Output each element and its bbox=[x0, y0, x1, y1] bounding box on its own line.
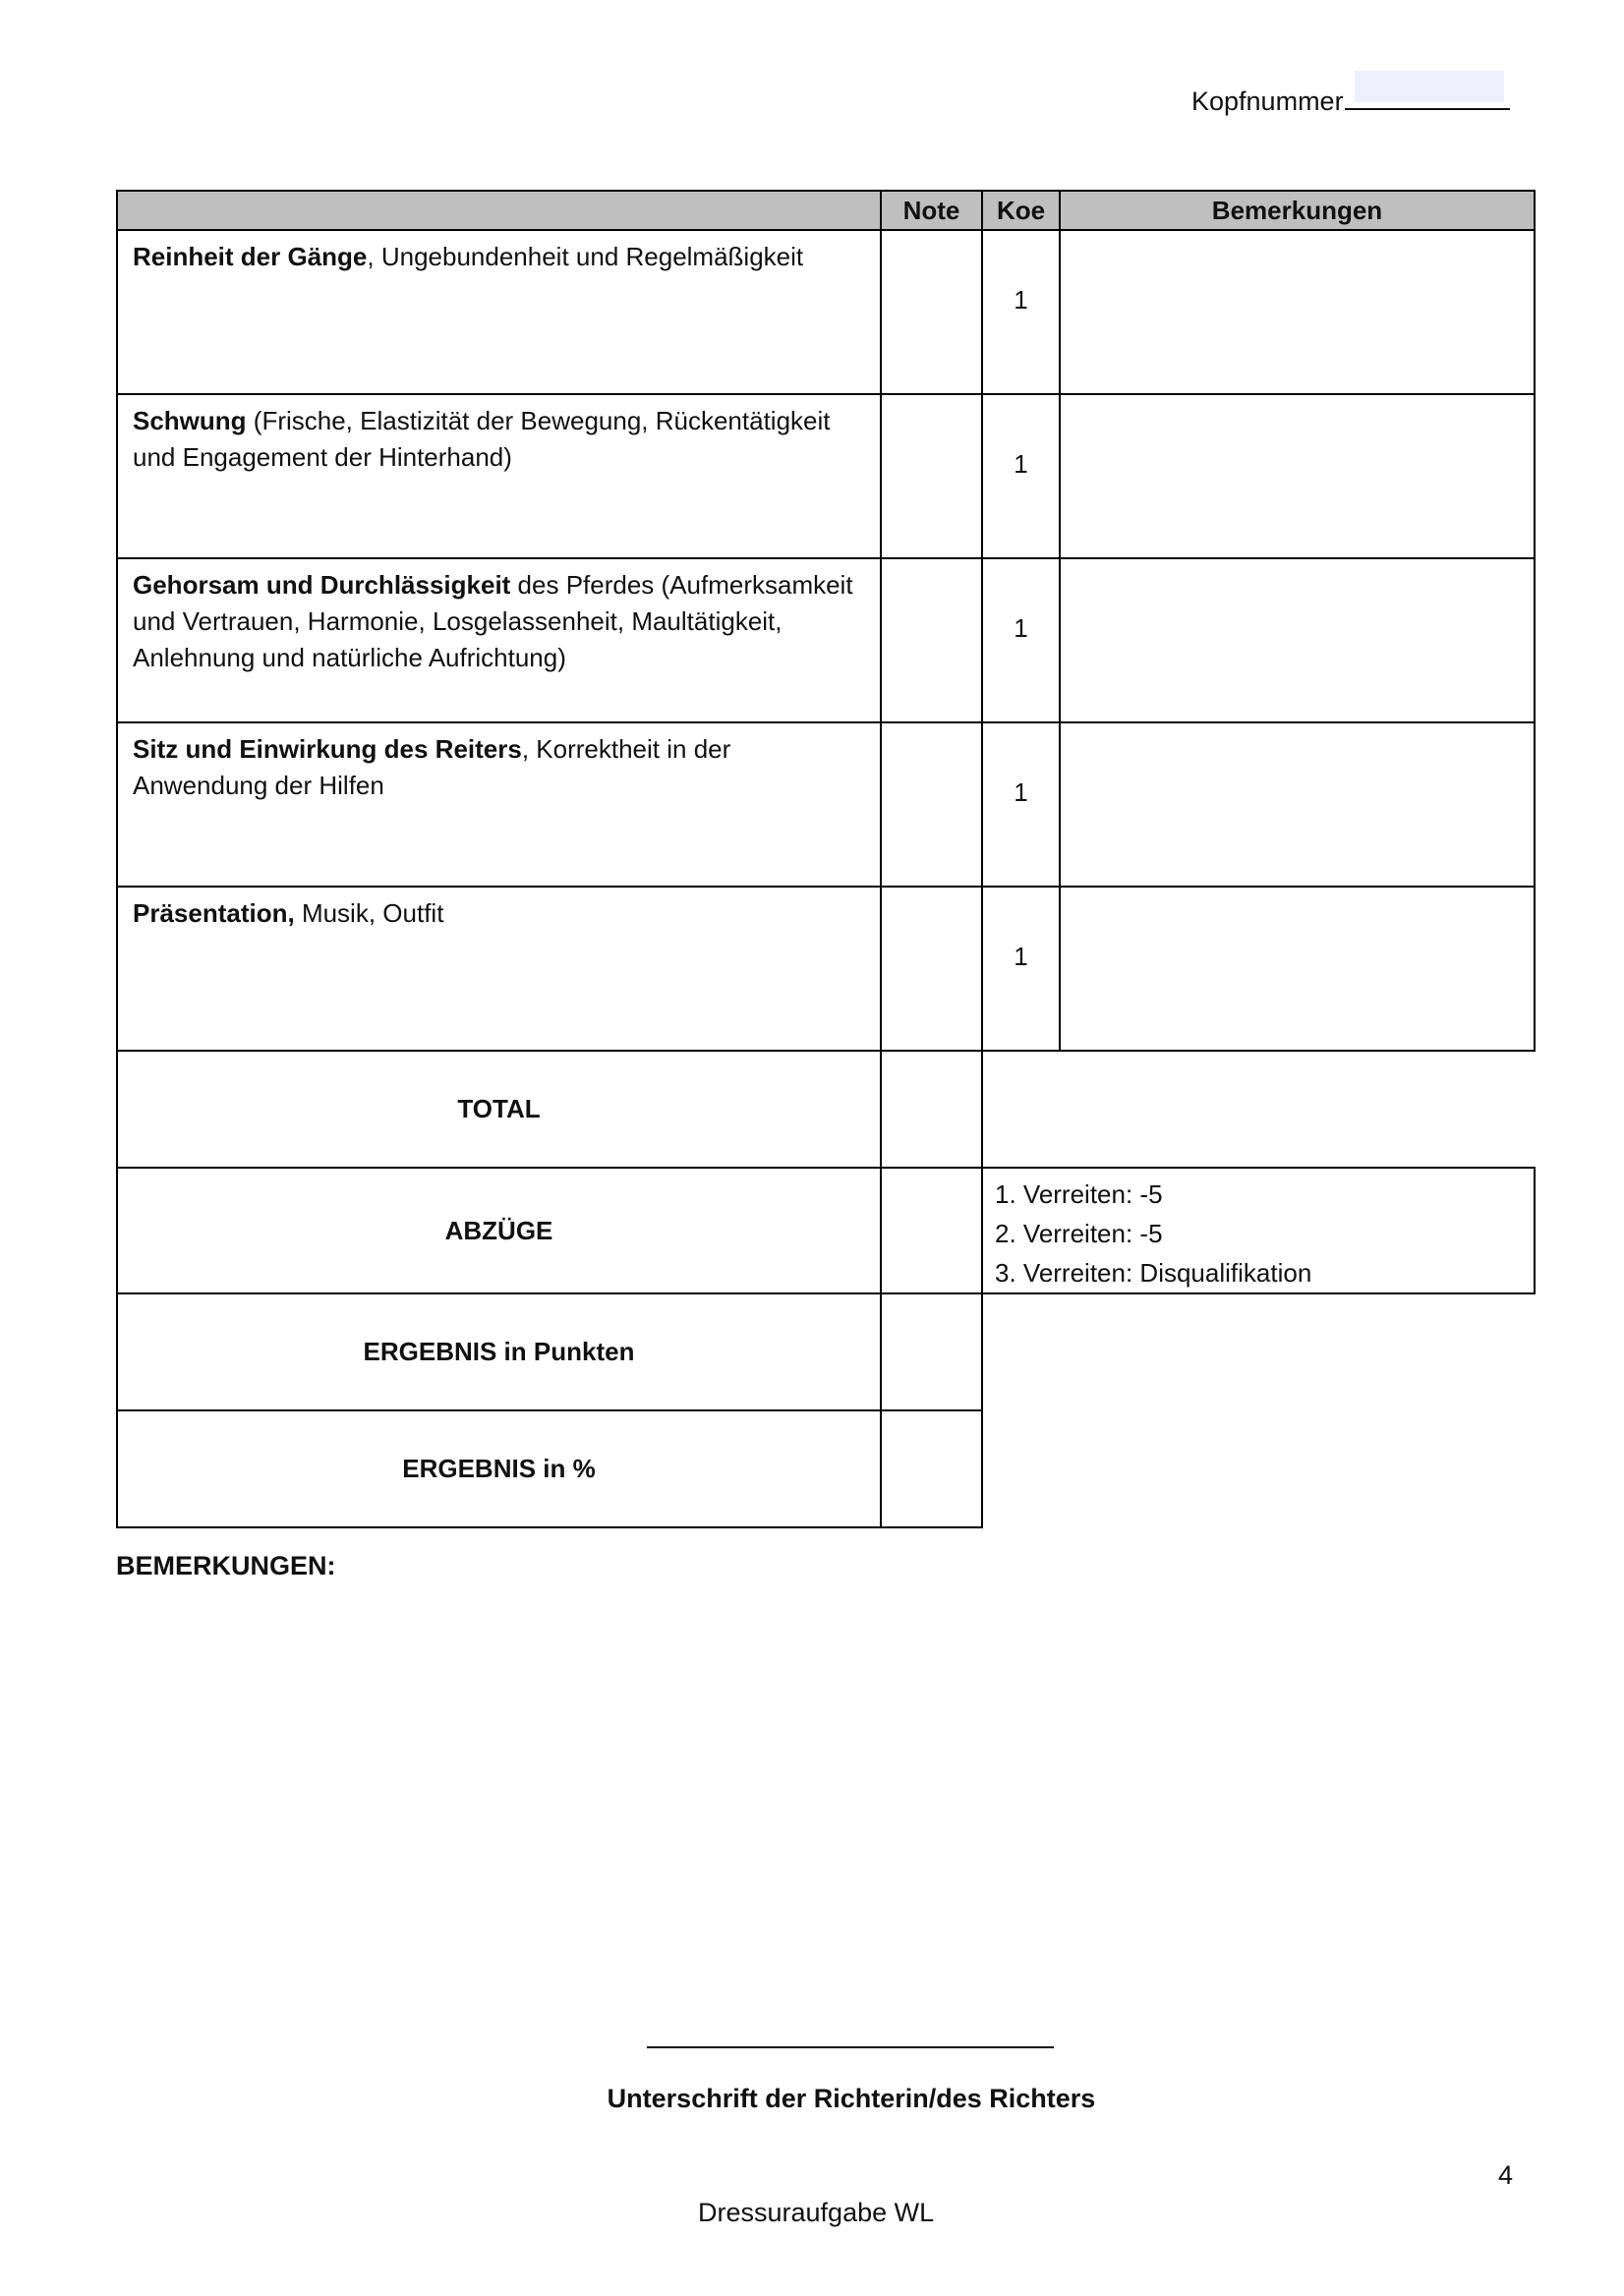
total-row: TOTAL bbox=[117, 1051, 1535, 1168]
koe-cell: 1 bbox=[982, 558, 1060, 722]
criterion: Gehorsam und Durchlässigkeit des Pferdes… bbox=[117, 558, 881, 722]
empty-cell bbox=[982, 1410, 1535, 1527]
kopfnummer-label: Kopfnummer bbox=[1191, 86, 1344, 116]
remarks-cell[interactable] bbox=[1060, 230, 1535, 394]
note-cell[interactable] bbox=[881, 230, 982, 394]
remarks-cell[interactable] bbox=[1060, 887, 1535, 1051]
page-number: 4 bbox=[1498, 2160, 1513, 2191]
remarks-cell[interactable] bbox=[1060, 394, 1535, 558]
total-label: TOTAL bbox=[117, 1051, 881, 1168]
deductions-list: 1. Verreiten: -5 2. Verreiten: -5 3. Ver… bbox=[982, 1168, 1535, 1293]
note-cell[interactable] bbox=[881, 394, 982, 558]
criterion: Reinheit der Gänge, Ungebundenheit und R… bbox=[117, 230, 881, 394]
deductions-row: ABZÜGE 1. Verreiten: -5 2. Verreiten: -5… bbox=[117, 1168, 1535, 1293]
koe-cell: 1 bbox=[982, 887, 1060, 1051]
table-row: Reinheit der Gänge, Ungebundenheit und R… bbox=[117, 230, 1535, 394]
result-percent-label: ERGEBNIS in % bbox=[117, 1410, 881, 1527]
empty-cell bbox=[982, 1293, 1535, 1410]
koe-cell: 1 bbox=[982, 230, 1060, 394]
col-criteria bbox=[117, 191, 881, 230]
empty-cell bbox=[982, 1051, 1535, 1168]
table-row: Präsentation, Musik, Outfit 1 bbox=[117, 887, 1535, 1051]
total-value[interactable] bbox=[881, 1051, 982, 1168]
footer-text: Dressuraufgabe WL bbox=[698, 2198, 934, 2228]
note-cell[interactable] bbox=[881, 722, 982, 887]
result-points-row: ERGEBNIS in Punkten bbox=[117, 1293, 1535, 1410]
deduction-item: 1. Verreiten: -5 bbox=[995, 1175, 1522, 1214]
table-row: Gehorsam und Durchlässigkeit des Pferdes… bbox=[117, 558, 1535, 722]
col-bemerkungen: Bemerkungen bbox=[1060, 191, 1535, 230]
note-cell[interactable] bbox=[881, 887, 982, 1051]
kopfnummer-field[interactable] bbox=[1345, 79, 1510, 110]
note-cell[interactable] bbox=[881, 558, 982, 722]
col-note: Note bbox=[881, 191, 982, 230]
signature-line[interactable] bbox=[647, 2023, 1054, 2048]
remarks-cell[interactable] bbox=[1060, 722, 1535, 887]
kopfnummer: Kopfnummer bbox=[1191, 79, 1510, 117]
deductions-value[interactable] bbox=[881, 1168, 982, 1293]
koe-cell: 1 bbox=[982, 394, 1060, 558]
result-percent-value[interactable] bbox=[881, 1410, 982, 1527]
result-points-value[interactable] bbox=[881, 1293, 982, 1410]
criterion: Schwung (Frische, Elastizität der Bewegu… bbox=[117, 394, 881, 558]
result-points-label: ERGEBNIS in Punkten bbox=[117, 1293, 881, 1410]
kopfnummer-input[interactable] bbox=[1355, 71, 1504, 102]
score-table: Note Koe Bemerkungen Reinheit der Gänge,… bbox=[116, 190, 1536, 1528]
criterion: Präsentation, Musik, Outfit bbox=[117, 887, 881, 1051]
remarks-heading: BEMERKUNGEN: bbox=[116, 1551, 336, 1581]
table-row: Schwung (Frische, Elastizität der Bewegu… bbox=[117, 394, 1535, 558]
result-percent-row: ERGEBNIS in % bbox=[117, 1410, 1535, 1527]
koe-cell: 1 bbox=[982, 722, 1060, 887]
remarks-cell[interactable] bbox=[1060, 558, 1535, 722]
table-header: Note Koe Bemerkungen bbox=[117, 191, 1535, 230]
deduction-item: 3. Verreiten: Disqualifikation bbox=[995, 1253, 1522, 1292]
deduction-item: 2. Verreiten: -5 bbox=[995, 1214, 1522, 1253]
signature-label: Unterschrift der Richterin/des Richters bbox=[0, 2084, 1624, 2114]
deductions-label: ABZÜGE bbox=[117, 1168, 881, 1293]
criterion: Sitz und Einwirkung des Reiters, Korrekt… bbox=[117, 722, 881, 887]
col-koe: Koe bbox=[982, 191, 1060, 230]
table-row: Sitz und Einwirkung des Reiters, Korrekt… bbox=[117, 722, 1535, 887]
